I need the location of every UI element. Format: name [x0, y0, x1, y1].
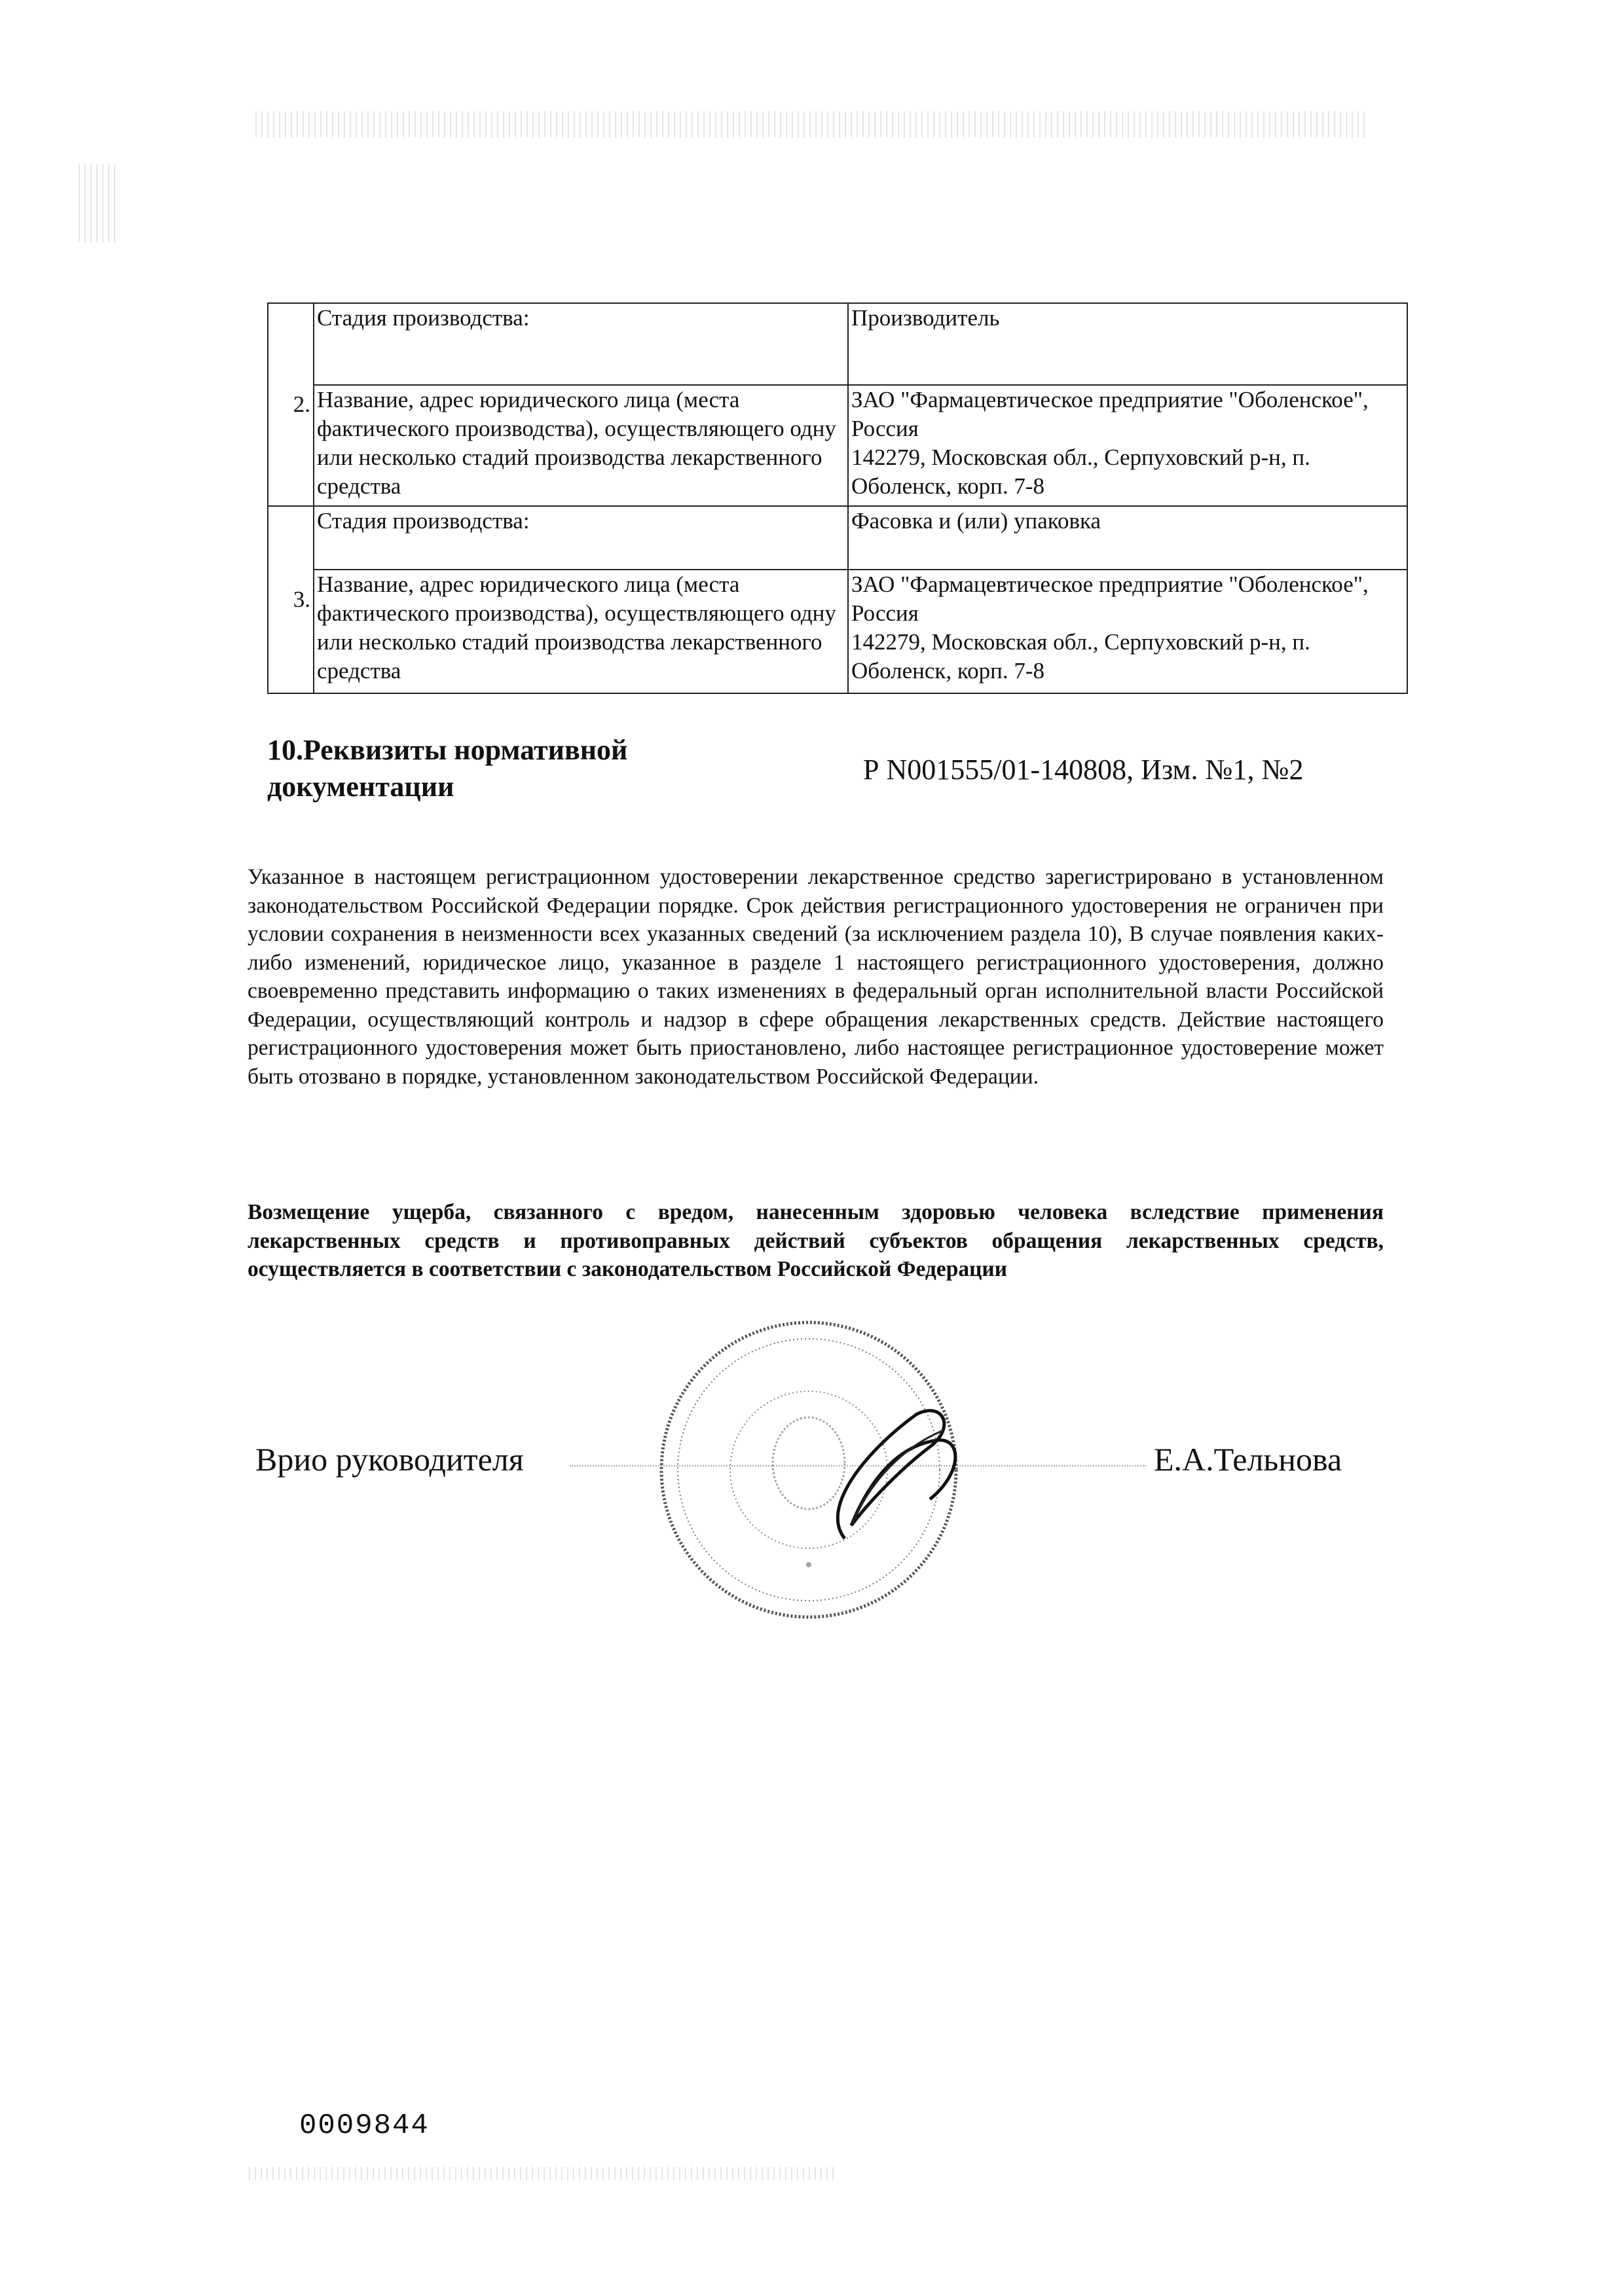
- table-row: Название, адрес юридического лица (места…: [268, 385, 1407, 506]
- table-row: 2. Стадия производства: Производитель: [268, 303, 1407, 385]
- table-row: 3. Стадия производства: Фасовка и (или) …: [268, 506, 1407, 570]
- stage-value: Производитель: [848, 303, 1407, 385]
- serial-number: 0009844: [299, 2109, 430, 2142]
- entity-cell: ЗАО "Фармацевтическое предприятие "Оболе…: [848, 385, 1407, 506]
- entity-name: ЗАО "Фармацевтическое предприятие "Оболе…: [851, 386, 1404, 443]
- row-number: 2.: [268, 303, 314, 506]
- signatory-name: Е.А.Тельнова: [1154, 1440, 1342, 1478]
- scan-noise-left: [79, 164, 118, 242]
- stage-value: Фасовка и (или) упаковка: [848, 506, 1407, 570]
- entity-address: 142279, Московская обл., Серпуховский р-…: [851, 443, 1404, 501]
- official-seal-icon: [655, 1316, 963, 1624]
- section-10-value: Р N001555/01-140808, Изм. №1, №2: [863, 753, 1303, 786]
- entity-name: ЗАО "Фармацевтическое предприятие "Оболе…: [851, 570, 1404, 628]
- compensation-paragraph: Возмещение ущерба, связанного с вредом, …: [248, 1198, 1384, 1284]
- stage-label: Стадия производства:: [314, 506, 848, 570]
- signatory-role: Врио руководителя: [255, 1440, 524, 1478]
- scan-noise-top: [255, 111, 1369, 137]
- manufacturing-stages-table: 2. Стадия производства: Производитель На…: [267, 302, 1408, 694]
- entity-cell: ЗАО "Фармацевтическое предприятие "Оболе…: [848, 570, 1407, 693]
- scan-noise-bottom: [249, 2167, 838, 2180]
- table-row: Название, адрес юридического лица (места…: [268, 570, 1407, 693]
- entity-label: Название, адрес юридического лица (места…: [314, 385, 848, 506]
- row-number: 3.: [268, 506, 314, 693]
- validity-paragraph: Указанное в настоящем регистрационном уд…: [248, 863, 1384, 1091]
- section-10-heading: 10.Реквизиты нормативной документации: [267, 732, 726, 805]
- entity-address: 142279, Московская обл., Серпуховский р-…: [851, 628, 1404, 685]
- stage-label: Стадия производства:: [314, 303, 848, 385]
- entity-label: Название, адрес юридического лица (места…: [314, 570, 848, 693]
